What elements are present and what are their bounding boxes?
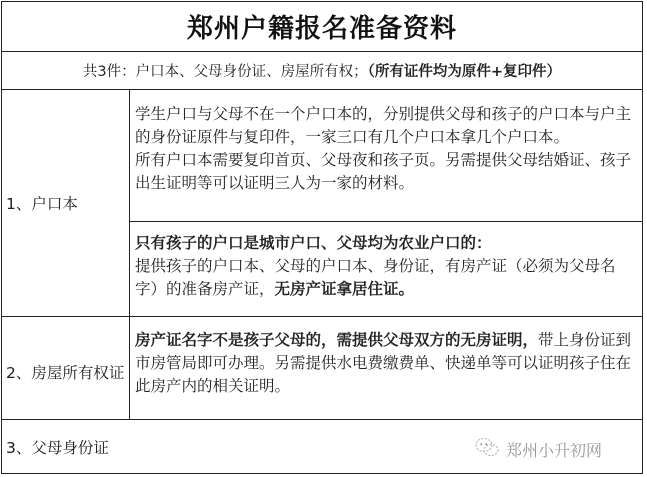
property-cell: 房产证名字不是孩子父母的，需提供父母双方的无房证明，带上身份证到市房管局即可办理… xyxy=(130,317,642,419)
paragraph: 房产证名字不是孩子父母的，需提供父母双方的无房证明，带上身份证到市房管局即可办理… xyxy=(135,329,634,398)
paragraph-bold-text: 房产证名字不是孩子父母的，需提供父母双方的无房证明， xyxy=(135,331,538,349)
row-label: 1、户口本 xyxy=(2,90,130,316)
hukou-cell-general: 学生户口与父母不在一个户口本的，分别提供父母和孩子的户口本与户主的身份证原件与复… xyxy=(130,90,642,222)
page-title: 郑州户籍报名准备资料 xyxy=(187,8,457,45)
row-label: 3、父母身份证 xyxy=(6,420,109,473)
paragraph-heading: 只有孩子的户口是城市户口、父母均为农业户口的： xyxy=(135,232,634,255)
row-id-card: 3、父母身份证 郑州小升初网 xyxy=(2,420,642,473)
paragraph: 学生户口与父母不在一个户口本的，分别提供父母和孩子的户口本与户主的身份证原件与复… xyxy=(135,103,634,149)
watermark: 郑州小升初网 xyxy=(474,436,602,462)
document-table: 郑州户籍报名准备资料 共3件：户口本、父母身份证、房屋所有权；（所有证件均为原件… xyxy=(1,1,643,474)
wechat-icon xyxy=(474,436,500,462)
summary-row: 共3件：户口本、父母身份证、房屋所有权；（所有证件均为原件+复印件） xyxy=(2,52,642,90)
hukou-cell-rural: 只有孩子的户口是城市户口、父母均为农业户口的： 提供孩子的户口本、父母的户口本、… xyxy=(130,222,642,317)
paragraph: 提供孩子的户口本、父母的户口本、身份证，有房产证（必须为父母名字）的准备房产证，… xyxy=(135,255,634,301)
paragraph-bold-text: 无房产证拿居住证。 xyxy=(275,280,415,298)
row-property: 2、房屋所有权证 房产证名字不是孩子父母的，需提供父母双方的无房证明，带上身份证… xyxy=(2,317,642,420)
summary-text: 共3件：户口本、父母身份证、房屋所有权；（所有证件均为原件+复印件） xyxy=(83,60,561,81)
summary-note: （所有证件均为原件+复印件） xyxy=(368,64,561,80)
row-label: 2、房屋所有权证 xyxy=(2,317,130,419)
summary-prefix: 共3件：户口本、父母身份证、房屋所有权； xyxy=(83,64,368,80)
watermark-text: 郑州小升初网 xyxy=(506,438,602,461)
paragraph: 所有户口本需要复印首页、父母夜和孩子页。另需提供父母结婚证、孩子出生证明等可以证… xyxy=(135,149,634,195)
row-hukou: 1、户口本 学生户口与父母不在一个户口本的，分别提供父母和孩子的户口本与户主的身… xyxy=(2,90,642,317)
title-row: 郑州户籍报名准备资料 xyxy=(2,2,642,52)
